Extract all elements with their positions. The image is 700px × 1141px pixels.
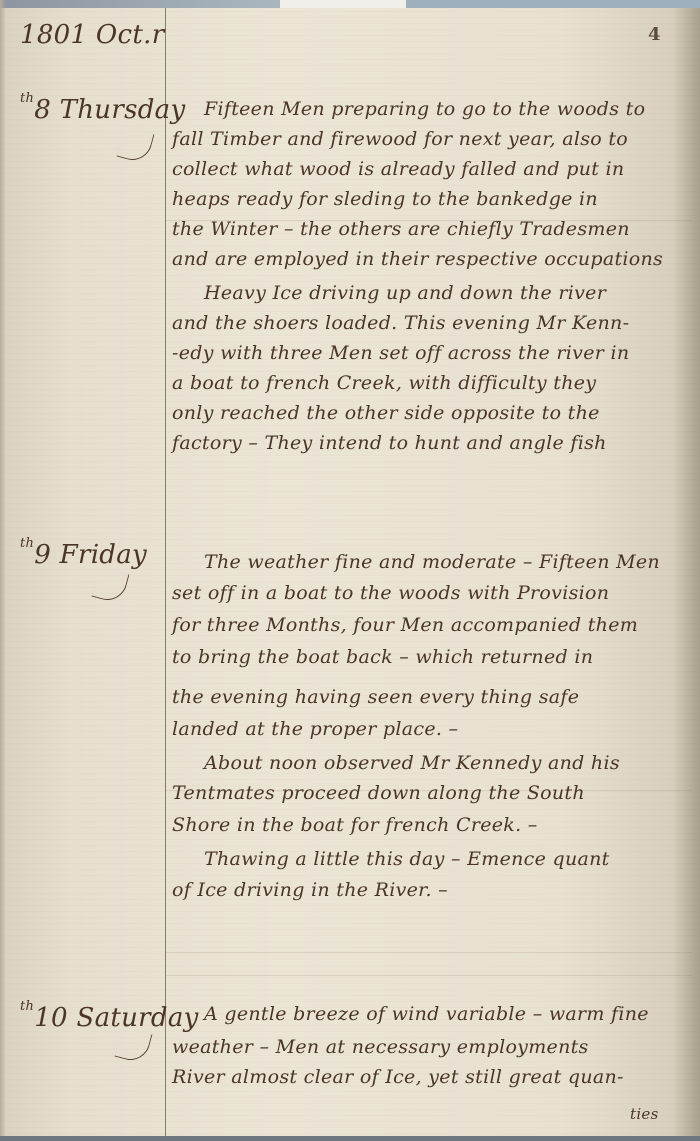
entry-line: and the shoers loaded. This evening Mr K… (172, 312, 692, 334)
entry-line: -edy with three Men set off across the r… (172, 342, 692, 364)
day-label-thursday: th8 Thursday (20, 95, 185, 125)
day-name: Thursday (60, 95, 186, 125)
entry-line: the evening having seen every thing safe (172, 686, 692, 708)
scan-bottom-edge (0, 1136, 700, 1141)
entry-line: ties (630, 1105, 690, 1123)
entry-line: The weather fine and moderate – Fifteen … (172, 551, 700, 573)
day-label-friday: th9 Friday (20, 540, 147, 570)
entry-line: heaps ready for sleding to the bankedge … (172, 188, 692, 210)
day-suffix: th (20, 536, 34, 551)
entry-line: landed at the proper place. – (172, 718, 692, 740)
page-left-edge (0, 0, 6, 1141)
entry-line: to bring the boat back – which returned … (172, 646, 692, 668)
day-suffix: th (20, 91, 34, 106)
ruled-line (165, 975, 692, 976)
day-number: 8 (34, 95, 51, 125)
day-suffix: th (20, 999, 34, 1014)
entry-line: weather – Men at necessary employments (172, 1036, 692, 1058)
entry-line: River almost clear of Ice, yet still gre… (172, 1066, 692, 1088)
entry-line: set off in a boat to the woods with Prov… (172, 582, 692, 604)
entry-line: the Winter – the others are chiefly Trad… (172, 218, 692, 240)
entry-line: Heavy Ice driving up and down the river (172, 282, 700, 304)
entry-line: About noon observed Mr Kennedy and his (172, 752, 700, 774)
entry-line: of Ice driving in the River. – (172, 879, 692, 901)
entry-line: and are employed in their respective occ… (172, 248, 692, 270)
entry-line: Tentmates proceed down along the South (172, 782, 692, 804)
day-number: 10 (34, 1003, 68, 1033)
manuscript-page: 1801 Oct.r 4 th8 Thursday Fifteen Men pr… (0, 0, 700, 1141)
day-name: Friday (60, 540, 147, 570)
page-number: 4 (648, 24, 661, 45)
entry-line: collect what wood is already falled and … (172, 158, 692, 180)
entry-line: Fifteen Men preparing to go to the woods… (172, 98, 700, 120)
entry-line: Thawing a little this day – Emence quant (172, 848, 700, 870)
entry-line: Shore in the boat for french Creek. – (172, 814, 692, 836)
ruled-line (165, 952, 692, 953)
scan-top-edge (0, 0, 700, 8)
margin-rule (165, 8, 166, 1138)
flourish-icon (117, 127, 155, 165)
flourish-icon (115, 1027, 153, 1065)
entry-line: for three Months, four Men accompanied t… (172, 614, 692, 636)
entry-line: a boat to french Creek, with difficulty … (172, 372, 692, 394)
day-number: 9 (34, 540, 51, 570)
entry-line: A gentle breeze of wind variable – warm … (172, 1003, 700, 1025)
entry-line: fall Timber and firewood for next year, … (172, 128, 692, 150)
entry-line: factory – They intend to hunt and angle … (172, 432, 692, 454)
entry-line: only reached the other side opposite to … (172, 402, 692, 424)
flourish-icon (92, 567, 130, 605)
header-date: 1801 Oct.r (20, 20, 164, 50)
